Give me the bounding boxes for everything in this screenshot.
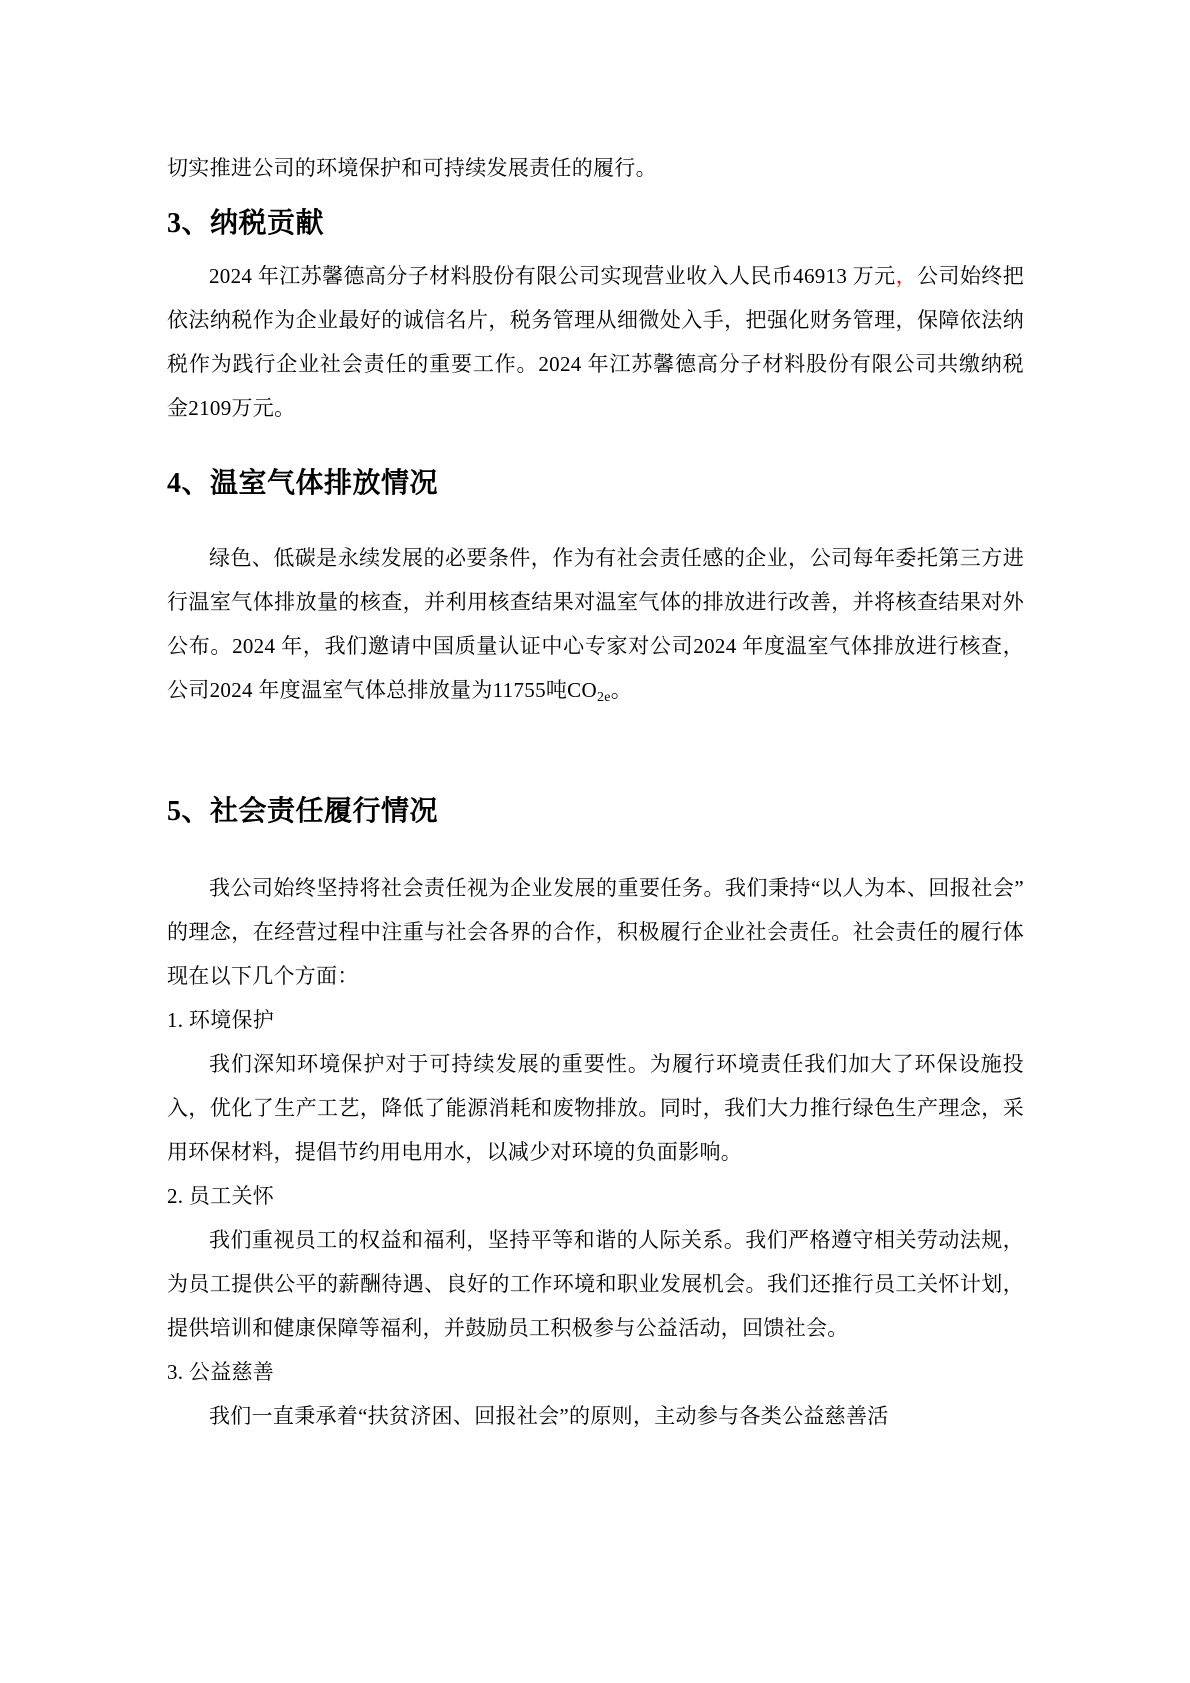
co2e-subscript: 2e bbox=[597, 690, 611, 705]
section-heading-tax-contribution: 3、纳税贡献 bbox=[167, 206, 1024, 242]
section-heading-social-responsibility: 5、社会责任履行情况 bbox=[167, 794, 1024, 830]
list-item-label-environment: 1. 环境保护 bbox=[167, 998, 1024, 1042]
paragraph-continuation: 切实推进公司的环境保护和可持续发展责任的履行。 bbox=[167, 146, 1024, 190]
ghg-paragraph-end: 。 bbox=[611, 678, 632, 702]
section-heading-ghg-emissions: 4、温室气体排放情况 bbox=[167, 466, 1024, 502]
paragraph-social-responsibility-intro: 我公司始终坚持将社会责任视为企业发展的重要任务。我们秉持“以人为本、回报社会”的… bbox=[167, 866, 1024, 998]
red-comma: ， bbox=[896, 264, 917, 288]
paragraph-employee-care: 我们重视员工的权益和福利，坚持平等和谐的人际关系。我们严格遵守相关劳动法规，为员… bbox=[167, 1218, 1024, 1350]
document-page: 切实推进公司的环境保护和可持续发展责任的履行。 3、纳税贡献 2024 年江苏馨… bbox=[0, 0, 1190, 1683]
tax-paragraph-text-part1: 2024 年江苏馨德高分子材料股份有限公司实现营业收入人民币46913 万元 bbox=[209, 264, 896, 288]
list-item-label-employee-care: 2. 员工关怀 bbox=[167, 1174, 1024, 1218]
document-content: 切实推进公司的环境保护和可持续发展责任的履行。 3、纳税贡献 2024 年江苏馨… bbox=[0, 0, 1190, 1478]
paragraph-charity: 我们一直秉承着“扶贫济困、回报社会”的原则，主动参与各类公益慈善活 bbox=[167, 1394, 1024, 1438]
paragraph-environment-protection: 我们深知环境保护对于可持续发展的重要性。为履行环境责任我们加大了环保设施投入，优… bbox=[167, 1042, 1024, 1174]
list-item-label-charity: 3. 公益慈善 bbox=[167, 1350, 1024, 1394]
ghg-paragraph-text: 绿色、低碳是永续发展的必要条件，作为有社会责任感的企业，公司每年委托第三方进行温… bbox=[167, 546, 1024, 702]
paragraph-ghg-emissions: 绿色、低碳是永续发展的必要条件，作为有社会责任感的企业，公司每年委托第三方进行温… bbox=[167, 536, 1024, 712]
paragraph-tax-contribution: 2024 年江苏馨德高分子材料股份有限公司实现营业收入人民币46913 万元，公… bbox=[167, 254, 1024, 430]
